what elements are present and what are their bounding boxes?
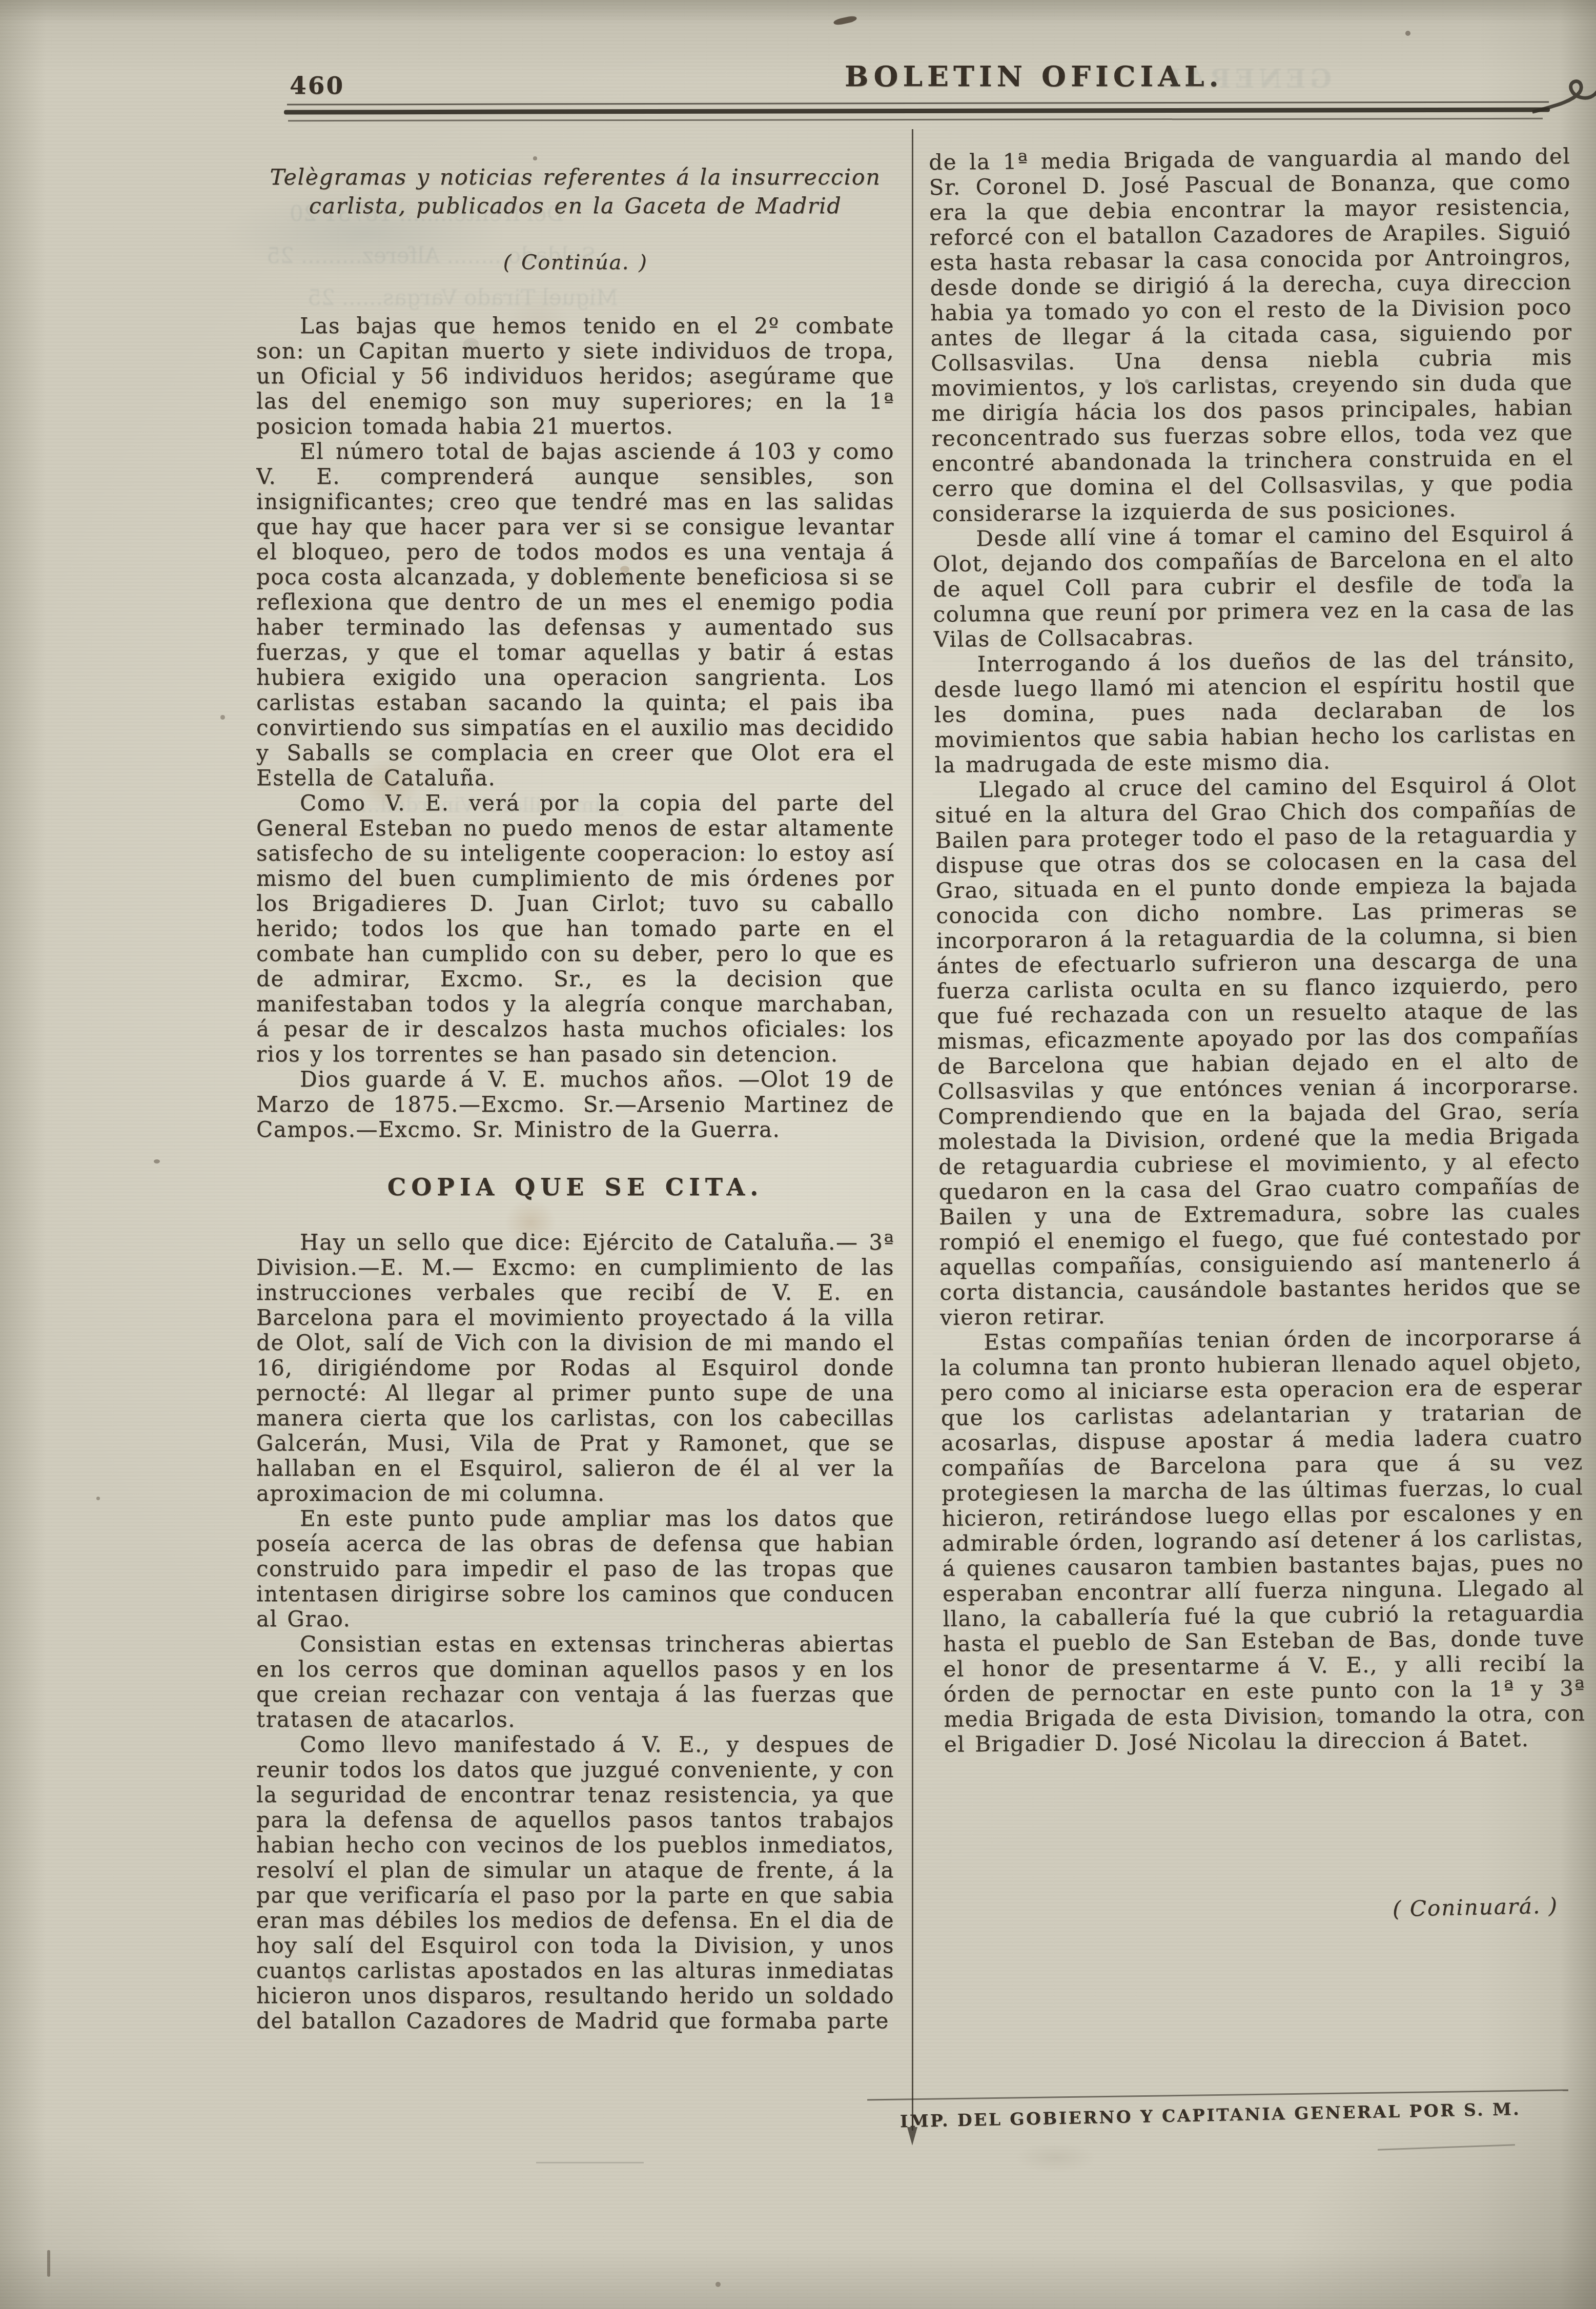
ink-speck <box>715 2282 721 2287</box>
paragraph: Dios guarde á V. E. muchos años. —Olot 1… <box>256 1067 894 1142</box>
paragraph: Como V. E. verá por la copia del parte d… <box>256 790 894 1067</box>
ink-speck <box>833 15 857 26</box>
ink-speck <box>154 1159 160 1163</box>
paragraph: de la 1ª media Brigada de vanguardia al … <box>929 144 1574 526</box>
end-of-column-dash <box>536 2162 644 2163</box>
footer-squiggle-mark <box>1378 2144 1515 2150</box>
paragraph: El número total de bajas asciende á 103 … <box>256 439 894 790</box>
column-divider-rule <box>912 129 913 2131</box>
paragraph: Consistian estas en extensas trincheras … <box>256 1631 894 1732</box>
left-column: Telègramas y noticias referentes á la in… <box>256 163 894 2152</box>
ink-speck <box>533 156 537 160</box>
right-column: de la 1ª media Brigada de vanguardia al … <box>929 144 1587 1862</box>
paragraph: Estas compañías tenian órden de incorpor… <box>940 1324 1586 1757</box>
ink-speck <box>220 715 225 720</box>
scanned-newspaper-page: 460 BOLETIN OFICIAL. Del frente........ … <box>0 0 1596 2309</box>
footer-rule <box>867 2089 1568 2100</box>
ghost-text-line: GENERAL <box>1159 64 1332 94</box>
paragraph: Desde allí vine á tomar el camino del Es… <box>932 520 1575 652</box>
header-rule-flourish <box>1532 72 1596 133</box>
to-be-continued-note: ( Coninuará. ) <box>1220 1893 1559 1925</box>
footer-imprint: IMP. DEL GOBIERNO Y CAPITANIA GENERAL PO… <box>900 2098 1577 2131</box>
stain <box>1015 2142 1097 2173</box>
ink-speck <box>1405 31 1410 36</box>
header-rule-thin-top <box>287 101 1549 105</box>
header-rule-thin-bottom <box>288 118 1543 121</box>
paragraph: Hay un sello que dice: Ejército de Catal… <box>256 1230 894 1506</box>
article-title: Telègramas y noticias referentes á la in… <box>256 163 894 220</box>
paragraph: Llegado al cruce del camino del Esquirol… <box>935 771 1582 1330</box>
page-number: 460 <box>290 72 344 100</box>
paragraph: Las bajas que hemos tenido en el 2º comb… <box>256 313 894 439</box>
paragraph: Como llevo manifestado á V. E., y despue… <box>256 1732 894 2033</box>
ink-speck <box>96 1497 100 1500</box>
continuation-note: ( Continúa. ) <box>256 250 894 275</box>
paragraph: En este punto pude ampliar mas los datos… <box>256 1506 894 1631</box>
header-rule-thick <box>284 107 1550 114</box>
ink-speck <box>47 2250 50 2277</box>
section-heading: COPIA QUE SE CITA. <box>256 1175 894 1200</box>
paragraph: Interrogando á los dueños de las del trá… <box>933 646 1576 778</box>
